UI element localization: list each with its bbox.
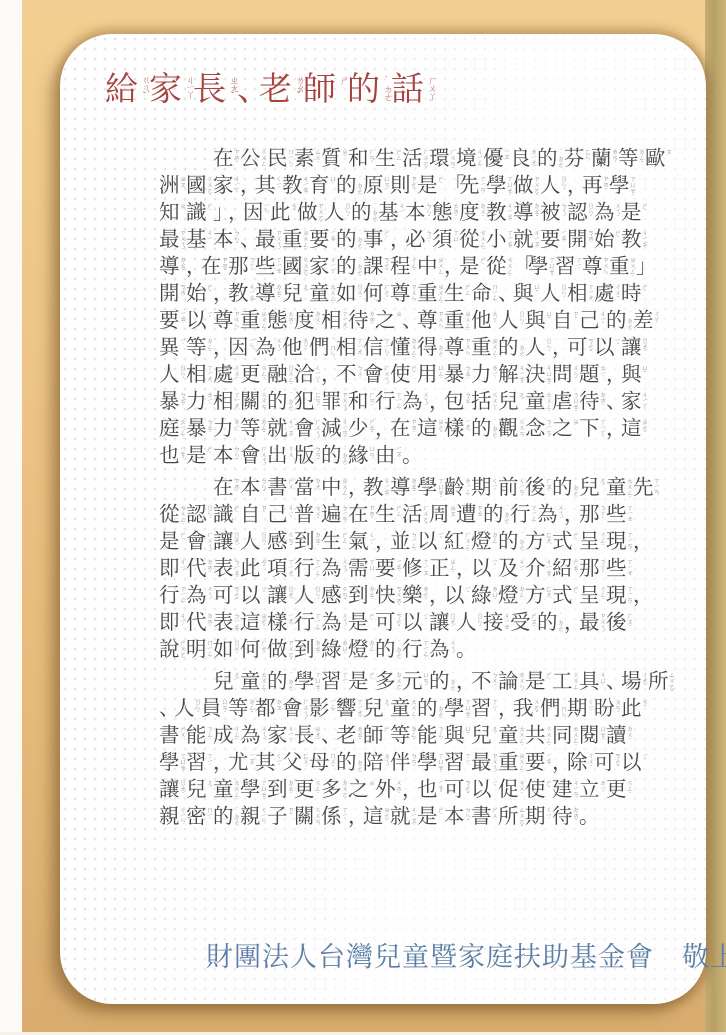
char-with-zhuyin: 介ㄐㄧㄝˋ — [525, 556, 552, 582]
char-with-zhuyin: 少ㄕㄠˇ — [348, 416, 375, 442]
char-with-zhuyin: 以ㄧˇ — [471, 556, 498, 582]
page-title: 給ㄍㄟˇ家ㄐㄧㄚ長ㄓㄤˇ、老ㄌㄠˇ師ㄕ的˙ㄉㄜ話ㄏㄨㄚˋ — [105, 70, 435, 110]
char-with-zhuyin: 讓ㄖㄤˋ — [267, 583, 294, 609]
char-with-zhuyin: 就ㄐㄧㄡˋ — [267, 416, 294, 442]
char-with-zhuyin: 就ㄐㄧㄡˋ — [513, 227, 540, 253]
char-with-zhuyin: 本ㄅㄣˇ — [213, 443, 240, 469]
char-with-zhuyin: 相ㄒㄧㄤ — [186, 362, 213, 388]
char-with-zhuyin: 更ㄍㄥˋ — [294, 777, 321, 803]
char-with-zhuyin: 們˙ㄇㄣ — [309, 335, 336, 361]
char-with-zhuyin: 以ㄧˇ — [594, 335, 621, 361]
char-with-zhuyin: 所ㄙㄨㄛˇ — [498, 804, 525, 831]
char-with-zhuyin: 兒ㄦˊ — [282, 281, 309, 307]
char-with-zhuyin: 行ㄒㄧㄥˊ — [510, 502, 537, 528]
char-with-zhuyin: 促ㄘㄨˋ — [498, 777, 525, 803]
char-with-zhuyin: 念ㄋㄧㄢˋ — [525, 416, 552, 442]
char-with-zhuyin: 必ㄅㄧˋ — [405, 227, 432, 253]
char-with-zhuyin: 生ㄕㄥ — [444, 281, 471, 307]
char-with-zhuyin: 家ㄐㄧㄚ — [267, 723, 294, 749]
char-with-zhuyin: 做ㄗㄨㄛˋ — [513, 173, 540, 200]
char-with-zhuyin: 活ㄏㄨㄛˊ — [402, 502, 429, 529]
char-with-zhuyin: 說ㄕㄨㄛ — [159, 637, 186, 663]
zhuyin-ruby: ㄏㄨㄚˋ — [426, 75, 435, 108]
text-line: 洲ㄓㄡ國ㄍㄨㄛˊ家ㄐㄧㄚ，其ㄑㄧˊ教ㄐㄧㄠˋ育ㄩˋ的˙ㄉㄜ原ㄩㄢˊ則ㄗㄜˊ是ㄕˋ… — [159, 173, 679, 200]
char-with-zhuyin: 也ㄧㄝˇ — [417, 777, 444, 803]
char-with-zhuyin: 待ㄉㄞˋ — [552, 804, 579, 830]
char-with-zhuyin: 學ㄒㄩㄝˊ — [240, 777, 267, 804]
char-with-zhuyin: 所ㄙㄨㄛˇ — [648, 669, 675, 696]
char-with-zhuyin: 是ㄕˋ — [525, 669, 552, 695]
char-with-zhuyin: 為ㄨㄟˊ — [321, 556, 348, 582]
char-with-zhuyin: 普ㄆㄨˇ — [294, 502, 321, 528]
char-with-zhuyin: 以ㄧˇ — [186, 308, 213, 334]
char-with-zhuyin: 可ㄎㄜˇ — [444, 777, 471, 803]
char-with-zhuyin: 些ㄒㄧㄝ — [606, 556, 633, 582]
text-line: 兒ㄦˊ童ㄊㄨㄥˊ的˙ㄉㄜ學ㄒㄩㄝˊ習ㄒㄧˊ是ㄕˋ多ㄉㄨㄛ元ㄩㄢˊ的˙ㄉㄜ，不ㄅㄨ… — [159, 669, 679, 696]
char-with-zhuyin: 家ㄐㄧㄚ — [309, 254, 336, 280]
text-line: 要ㄧㄠˋ以ㄧˇ尊ㄗㄨㄣ重ㄓㄨㄥˋ態ㄊㄞˋ度ㄉㄨˋ相ㄒㄧㄤ待ㄉㄞˋ之ㄓ、尊ㄗㄨㄣ重… — [159, 308, 679, 335]
char-with-zhuyin: 尤ㄧㄡˊ — [228, 750, 255, 776]
text-line: 說ㄕㄨㄛ明ㄇㄧㄥˊ如ㄖㄨˊ何ㄏㄜˊ做ㄗㄨㄛˋ到ㄉㄠˋ綠ㄌㄩˋ燈ㄉㄥ的˙ㄉㄜ行ㄒㄧ… — [159, 637, 679, 664]
char-with-zhuyin: 們˙ㄇㄣ — [540, 696, 567, 722]
char-with-zhuyin: 兒ㄦˊ — [579, 475, 606, 501]
punctuation: 「 — [444, 173, 459, 199]
char-with-zhuyin: 家ㄐㄧㄚ — [149, 70, 193, 110]
char-with-zhuyin: 會ㄏㄨㄟˋ — [186, 529, 213, 556]
char-with-zhuyin: 中ㄓㄨㄥ — [417, 254, 444, 280]
char-with-zhuyin: 識ㄕˋ — [213, 502, 240, 528]
punctuation: 」 — [636, 254, 651, 280]
char-with-zhuyin: 己ㄐㄧˇ — [267, 502, 294, 528]
char-with-zhuyin: 立ㄌㄧˋ — [579, 777, 606, 803]
text-line: 讓ㄖㄤˋ兒ㄦˊ童ㄊㄨㄥˊ學ㄒㄩㄝˊ到ㄉㄠˋ更ㄍㄥˋ多ㄉㄨㄛ之ㄓ外ㄨㄞˋ，也ㄧㄝˇ… — [159, 777, 679, 804]
char-with-zhuyin: 罪ㄗㄨㄟˋ — [321, 389, 348, 416]
char-with-zhuyin: 童ㄊㄨㄥˊ — [213, 777, 240, 804]
char-with-zhuyin: 命ㄇㄧㄥˋ — [471, 281, 498, 307]
punctuation: 、 — [237, 70, 259, 110]
char-with-zhuyin: 之ㄓ — [552, 416, 579, 442]
zhuyin-ruby: ㄔㄚ — [654, 310, 661, 322]
char-with-zhuyin: 要ㄧㄠˋ — [525, 750, 552, 776]
char-with-zhuyin: 兒ㄦˊ — [471, 723, 498, 749]
char-with-zhuyin: 關ㄍㄨㄢ — [240, 389, 267, 415]
char-with-zhuyin: 重ㄓㄨㄥˋ — [417, 281, 444, 308]
scan-edge-right-shade — [705, 0, 726, 1035]
zhuyin-ruby: ㄒㄧㄝ — [627, 558, 634, 575]
char-with-zhuyin: 事ㄕˋ — [363, 227, 390, 253]
char-with-zhuyin: 等ㄉㄥˇ — [390, 723, 417, 749]
text-line: 在ㄗㄞˋ公ㄍㄨㄥ民ㄇㄧㄣˊ素ㄙㄨˋ質ㄓˊ和ㄏㄢˋ生ㄕㄥ活ㄏㄨㄛˊ環ㄏㄨㄢˊ境ㄐㄧ… — [159, 146, 679, 173]
char-with-zhuyin: 工ㄍㄨㄥ — [552, 669, 579, 695]
char-with-zhuyin: 人ㄖㄣˊ — [498, 308, 525, 334]
char-with-zhuyin: 的˙ㄉㄜ — [498, 335, 525, 361]
char-with-zhuyin: 的˙ㄉㄜ — [429, 669, 456, 695]
punctuation: ， — [564, 502, 579, 528]
zhuyin-ruby: ㄐㄧㄚ — [642, 391, 649, 408]
punctuation: ， — [456, 556, 471, 582]
char-with-zhuyin: 為ㄨㄟˊ — [240, 723, 267, 749]
char-with-zhuyin: 態ㄊㄞˋ — [432, 200, 459, 226]
char-with-zhuyin: 生ㄕㄥ — [375, 146, 402, 172]
char-with-zhuyin: 時ㄕˊ — [621, 281, 648, 307]
char-with-zhuyin: 這ㄓㄜˋ — [417, 416, 444, 442]
char-with-zhuyin: 兒ㄦˊ — [213, 669, 240, 695]
char-with-zhuyin: 其ㄑㄧˊ — [255, 173, 282, 199]
char-with-zhuyin: 與ㄩˇ — [444, 723, 471, 749]
char-with-zhuyin: 歐ㄡ — [645, 146, 672, 172]
char-with-zhuyin: 虐ㄋㄩㄝˋ — [552, 389, 579, 416]
char-with-zhuyin: 我ㄨㄛˇ — [513, 696, 540, 722]
punctuation: 、 — [402, 308, 417, 334]
text-line: 在ㄗㄞˋ本ㄅㄣˇ書ㄕㄨ當ㄉㄤ中ㄓㄨㄥ，教ㄐㄧㄠˋ導ㄉㄠˇ學ㄒㄩㄝˊ齡ㄌㄧㄥˊ期ㄑ… — [159, 475, 679, 502]
char-with-zhuyin: 的˙ㄉㄜ — [471, 416, 498, 442]
char-with-zhuyin: 公ㄍㄨㄥ — [240, 146, 267, 172]
char-with-zhuyin: 的˙ㄉㄜ — [267, 669, 294, 695]
char-with-zhuyin: 優ㄧㄡ — [483, 146, 510, 172]
char-with-zhuyin: 長ㄓㄤˇ — [294, 723, 321, 749]
char-with-zhuyin: 他ㄊㄚ — [471, 308, 498, 334]
char-with-zhuyin: 讓ㄖㄤˋ — [621, 335, 648, 361]
char-with-zhuyin: 更ㄍㄥˋ — [240, 362, 267, 388]
char-with-zhuyin: 因ㄧㄣ — [228, 335, 255, 361]
char-with-zhuyin: 其ㄑㄧˊ — [255, 750, 282, 776]
char-with-zhuyin: 能ㄋㄥˊ — [186, 723, 213, 749]
char-with-zhuyin: 員ㄩㄢˊ — [201, 696, 228, 722]
punctuation: ， — [498, 696, 513, 722]
char-with-zhuyin: 人ㄖㄣˊ — [525, 335, 552, 361]
char-with-zhuyin: 處ㄔㄨˇ — [213, 362, 240, 388]
char-with-zhuyin: 何ㄏㄜˊ — [363, 281, 390, 307]
char-with-zhuyin: 家ㄐㄧㄚ — [213, 173, 240, 199]
char-with-zhuyin: 童ㄊㄨㄥˊ — [525, 389, 552, 416]
char-with-zhuyin: 以ㄧˇ — [417, 529, 444, 555]
zhuyin-ruby: ㄐㄧㄠˋ — [642, 229, 649, 253]
punctuation: ， — [552, 335, 567, 361]
text-line: 開ㄎㄞ始ㄕˇ，教ㄐㄧㄠˋ導ㄉㄠˇ兒ㄦˊ童ㄊㄨㄥˊ如ㄖㄨˊ何ㄏㄜˊ尊ㄗㄨㄣ重ㄓㄨㄥ… — [159, 281, 679, 308]
char-with-zhuyin: 下ㄒㄧㄚˋ — [579, 416, 606, 442]
char-with-zhuyin: 活ㄏㄨㄛˊ — [402, 146, 429, 173]
char-with-zhuyin: 燈ㄉㄥ — [348, 637, 375, 663]
punctuation: 。 — [579, 804, 594, 830]
char-with-zhuyin: 式ㄕˋ — [552, 583, 579, 609]
char-with-zhuyin: 開ㄎㄞ — [159, 281, 186, 307]
char-with-zhuyin: 的˙ㄉㄜ — [537, 146, 564, 172]
char-with-zhuyin: 之ㄓ — [348, 777, 375, 803]
char-with-zhuyin: 方ㄈㄤ — [525, 583, 552, 609]
text-line: 暴ㄅㄠˋ力ㄌㄧˋ相ㄒㄧㄤ關ㄍㄨㄢ的˙ㄉㄜ犯ㄈㄢˋ罪ㄗㄨㄟˋ和ㄏㄢˋ行ㄒㄧㄥˊ為ㄨ… — [159, 389, 679, 416]
char-with-zhuyin: 要ㄧㄠˋ — [540, 227, 567, 253]
char-with-zhuyin: 方ㄈㄤ — [525, 529, 552, 555]
char-with-zhuyin: 原ㄩㄢˊ — [363, 173, 390, 199]
char-with-zhuyin: 是ㄕˋ — [348, 610, 375, 636]
text-line: 異ㄧˋ等ㄉㄥˇ，因ㄧㄣ為ㄨㄟˋ他ㄊㄚ們˙ㄇㄣ相ㄒㄧㄤ信ㄒㄧㄣˋ懂ㄉㄨㄥˇ得˙ㄉㄜ… — [159, 335, 679, 362]
char-with-zhuyin: 重ㄓㄨㄥˋ — [609, 254, 636, 281]
punctuation: ， — [348, 804, 363, 830]
char-with-zhuyin: 親ㄑㄧㄣ — [240, 804, 267, 830]
char-with-zhuyin: 即ㄐㄧˊ — [159, 610, 186, 636]
char-with-zhuyin: 度ㄉㄨˋ — [459, 200, 486, 226]
char-with-zhuyin: 行ㄒㄧㄥˊ — [375, 389, 402, 415]
char-with-zhuyin: 綠ㄌㄩˋ — [321, 637, 348, 663]
char-with-zhuyin: 和ㄏㄢˋ — [348, 146, 375, 172]
char-with-zhuyin: 伴ㄅㄢˋ — [390, 750, 417, 776]
char-with-zhuyin: 人ㄖㄣˊ — [174, 696, 201, 722]
text-line: 庭ㄊㄧㄥˊ暴ㄅㄠˋ力ㄌㄧˋ等ㄉㄥˇ就ㄐㄧㄡˋ會ㄏㄨㄟˋ減ㄐㄧㄢˇ少ㄕㄠˇ，在ㄗㄞ… — [159, 416, 679, 443]
char-with-zhuyin: 需ㄒㄩ — [348, 556, 375, 582]
char-with-zhuyin: 童ㄊㄨㄥˊ — [390, 696, 417, 723]
char-with-zhuyin: 最ㄗㄨㄟˋ — [255, 227, 282, 254]
char-with-zhuyin: 呈ㄔㄥˊ — [579, 529, 606, 555]
char-with-zhuyin: 再ㄗㄞˋ — [582, 173, 609, 199]
char-with-zhuyin: 暴ㄅㄠˋ — [159, 389, 186, 415]
char-with-zhuyin: 習ㄒㄧˊ — [555, 254, 582, 280]
char-with-zhuyin: 重ㄓㄨㄥˋ — [444, 308, 471, 335]
char-with-zhuyin: 兒ㄦˊ — [498, 389, 525, 415]
char-with-zhuyin: 的˙ㄉㄜ — [336, 173, 363, 199]
char-with-zhuyin: 質ㄓˊ — [321, 146, 348, 172]
char-with-zhuyin: 芬ㄈㄣ — [564, 146, 591, 172]
char-with-zhuyin: 課ㄎㄜˋ — [363, 254, 390, 280]
char-with-zhuyin: 相ㄒㄧㄤ — [567, 281, 594, 307]
punctuation: ， — [348, 475, 363, 501]
text-line: 從ㄘㄨㄥˊ認ㄖㄣˋ識ㄕˋ自ㄗˋ己ㄐㄧˇ普ㄆㄨˇ遍ㄅㄧㄢˋ在ㄗㄞˋ生ㄕㄥ活ㄏㄨㄛˊ… — [159, 502, 679, 529]
char-with-zhuyin: 用ㄩㄥˋ — [417, 362, 444, 388]
char-with-zhuyin: 決ㄐㄩㄝˊ — [525, 362, 552, 389]
char-with-zhuyin: 問ㄨㄣˋ — [552, 362, 579, 388]
punctuation: ， — [552, 750, 567, 776]
char-with-zhuyin: 為ㄨㄟˊ — [321, 610, 348, 636]
text-line: 也ㄧㄝˇ是ㄕˋ本ㄅㄣˇ會ㄏㄨㄟˋ出ㄔㄨ版ㄅㄢˇ的˙ㄉㄜ緣ㄩㄢˊ由ㄧㄡˊ。 — [159, 443, 679, 470]
char-with-zhuyin: 的˙ㄉㄜ — [336, 254, 363, 280]
char-with-zhuyin: 為ㄨㄟˋ — [255, 335, 282, 361]
char-with-zhuyin: 等ㄉㄥˇ — [228, 696, 255, 722]
char-with-zhuyin: 親ㄑㄧㄣ — [159, 804, 186, 830]
char-with-zhuyin: 本ㄅㄣˇ — [213, 227, 240, 253]
char-with-zhuyin: 以ㄧˇ — [240, 583, 267, 609]
scan-edge-left — [0, 0, 22, 1035]
char-with-zhuyin: 國ㄍㄨㄛˊ — [186, 173, 213, 200]
char-with-zhuyin: 為ㄨㄟˊ — [186, 583, 213, 609]
char-with-zhuyin: 的˙ㄉㄜ — [336, 750, 363, 776]
char-with-zhuyin: 呈ㄔㄥˊ — [579, 583, 606, 609]
char-with-zhuyin: 習ㄒㄧˊ — [321, 669, 348, 695]
char-with-zhuyin: 育ㄩˋ — [309, 173, 336, 199]
char-with-zhuyin: 式ㄕˋ — [552, 529, 579, 555]
char-with-zhuyin: 緣ㄩㄢˊ — [348, 443, 375, 469]
zhuyin-ruby: ㄓㄤˇ — [228, 75, 237, 100]
char-with-zhuyin: 從ㄘㄨㄥˊ — [159, 502, 186, 529]
char-with-zhuyin: 期ㄑㄧˊ — [525, 804, 552, 830]
zhuyin-ruby: ㄕˊ — [642, 283, 649, 296]
text-line: 知ㄓ識ㄕˋ」，因ㄧㄣ此ㄘˇ做ㄗㄨㄛˋ人ㄖㄣˊ的˙ㄉㄜ基ㄐㄧ本ㄅㄣˇ態ㄊㄞˋ度ㄉㄨ… — [159, 200, 679, 227]
char-with-zhuyin: 解ㄐㄧㄝˇ — [498, 362, 525, 388]
char-with-zhuyin: 犯ㄈㄢˋ — [294, 389, 321, 415]
char-with-zhuyin: 遭ㄗㄠ — [456, 502, 483, 528]
char-with-zhuyin: 能ㄋㄥˊ — [417, 723, 444, 749]
char-with-zhuyin: 行ㄒㄧㄥˊ — [402, 637, 429, 663]
char-with-zhuyin: 受ㄕㄡˋ — [510, 610, 537, 636]
text-line: 人ㄖㄣˊ相ㄒㄧㄤ處ㄔㄨˇ更ㄍㄥˋ融ㄖㄨㄥˊ洽ㄑㄧㄚˋ，不ㄅㄨˊ會ㄏㄨㄟˋ使ㄕˇ用… — [159, 362, 679, 389]
char-with-zhuyin: 的˙ㄉㄜ — [417, 696, 444, 722]
char-with-zhuyin: 包ㄅㄠ — [444, 389, 471, 415]
punctuation: ， — [375, 529, 390, 555]
char-with-zhuyin: 導ㄉㄠˇ — [513, 200, 540, 226]
punctuation: ， — [606, 416, 621, 442]
char-with-zhuyin: 使ㄕˇ — [525, 777, 552, 803]
char-with-zhuyin: 良ㄌㄧㄤˊ — [510, 146, 537, 172]
punctuation: 、 — [240, 227, 255, 253]
zhuyin-ruby: ㄙㄨㄛˇ — [669, 671, 676, 696]
char-with-zhuyin: 讓ㄖㄤˋ — [429, 610, 456, 636]
punctuation: ， — [633, 529, 648, 555]
char-with-zhuyin: 處ㄔㄨˇ — [594, 281, 621, 307]
char-with-zhuyin: 最ㄗㄨㄟˋ — [579, 610, 606, 637]
char-with-zhuyin: 共ㄍㄨㄥˋ — [525, 723, 552, 750]
char-with-zhuyin: 的˙ㄉㄜ — [321, 443, 348, 469]
punctuation: ， — [633, 583, 648, 609]
char-with-zhuyin: 現ㄒㄧㄢˋ — [606, 583, 633, 609]
punctuation: ， — [456, 669, 471, 695]
text-line: 最ㄗㄨㄟˋ基ㄐㄧ本ㄅㄣˇ、最ㄗㄨㄟˋ重ㄓㄨㄥˋ要ㄧㄠˋ的˙ㄉㄜ事ㄕˋ，必ㄅㄧˋ須… — [159, 227, 679, 254]
text-line: 即ㄐㄧˊ代ㄉㄞˋ表ㄅㄧㄠˇ此ㄘˇ項ㄒㄧㄤˋ行ㄒㄧㄥˊ為ㄨㄟˊ需ㄒㄩ要ㄧㄠˋ修ㄒㄧ… — [159, 556, 679, 583]
char-with-zhuyin: 他ㄊㄚ — [282, 335, 309, 361]
char-with-zhuyin: 基ㄐㄧ — [378, 200, 405, 226]
char-with-zhuyin: 讓ㄖㄤˋ — [213, 529, 240, 555]
char-with-zhuyin: 為ㄨㄟˊ — [537, 502, 564, 528]
text-line: 行ㄒㄧㄥˊ為ㄨㄟˊ可ㄎㄜˇ以ㄧˇ讓ㄖㄤˋ人ㄖㄣˊ感ㄍㄢˇ到ㄉㄠˋ快ㄎㄨㄞˋ樂ㄌㄜ… — [159, 583, 679, 610]
char-with-zhuyin: 老ㄌㄠˇ — [259, 70, 303, 110]
char-with-zhuyin: 是ㄕˋ — [348, 669, 375, 695]
char-with-zhuyin: 多ㄉㄨㄛ — [375, 669, 402, 695]
char-with-zhuyin: 為ㄨㄟˊ — [429, 637, 456, 663]
punctuation: ， — [444, 254, 459, 280]
char-with-zhuyin: 學ㄒㄩㄝˊ — [486, 173, 513, 200]
zhuyin-ruby: ㄍㄥˋ — [627, 779, 634, 798]
char-with-zhuyin: 小ㄒㄧㄠˇ — [486, 227, 513, 253]
char-with-zhuyin: 書ㄕㄨ — [471, 804, 498, 830]
char-with-zhuyin: 環ㄏㄨㄢˊ — [429, 146, 456, 173]
char-with-zhuyin: 是ㄕˋ — [459, 254, 486, 280]
char-with-zhuyin: 重ㄓㄨㄥˋ — [240, 308, 267, 335]
char-with-zhuyin: 自ㄗˋ — [552, 308, 579, 334]
char-with-zhuyin: 懂ㄉㄨㄥˇ — [390, 335, 417, 362]
char-with-zhuyin: 洲ㄓㄡ — [159, 173, 186, 199]
char-with-zhuyin: 本ㄅㄣˇ — [240, 475, 267, 501]
paragraph-1: 在ㄗㄞˋ公ㄍㄨㄥ民ㄇㄧㄣˊ素ㄙㄨˋ質ㄓˊ和ㄏㄢˋ生ㄕㄥ活ㄏㄨㄛˊ環ㄏㄨㄢˊ境ㄐㄧ… — [159, 146, 679, 470]
char-with-zhuyin: 些ㄒㄧㄝ — [255, 254, 282, 280]
char-with-zhuyin: 民ㄇㄧㄣˊ — [267, 146, 294, 172]
char-with-zhuyin: 和ㄏㄢˋ — [348, 389, 375, 415]
char-with-zhuyin: 快ㄎㄨㄞˋ — [375, 583, 402, 610]
char-with-zhuyin: 中ㄓㄨㄥ — [321, 475, 348, 501]
zhuyin-ruby: ㄕˋ — [642, 202, 649, 215]
char-with-zhuyin: 這ㄓㄜˋ — [240, 610, 267, 636]
char-with-zhuyin: 學ㄒㄩㄝˊ — [528, 254, 555, 281]
char-with-zhuyin: 都ㄉㄡ — [255, 696, 282, 722]
char-with-zhuyin: 融ㄖㄨㄥˊ — [267, 362, 294, 389]
char-with-zhuyin: 代ㄉㄞˋ — [186, 556, 213, 582]
char-with-zhuyin: 陪ㄆㄟˊ — [363, 750, 390, 776]
char-with-zhuyin: 的˙ㄉㄜ — [213, 804, 240, 830]
char-with-zhuyin: 要ㄧㄠˋ — [309, 227, 336, 253]
char-with-zhuyin: 暴ㄅㄠˋ — [444, 362, 471, 388]
char-with-zhuyin: 力ㄌㄧˋ — [213, 416, 240, 442]
char-with-zhuyin: 須ㄒㄩ — [432, 227, 459, 253]
char-with-zhuyin: 出ㄔㄨ — [267, 443, 294, 469]
zhuyin-ruby: ㄘˇ — [642, 698, 649, 711]
char-with-zhuyin: 人ㄖㄣˊ — [540, 281, 567, 307]
char-with-zhuyin: 師ㄕ — [363, 723, 390, 749]
char-with-zhuyin: 這ㄓㄜˋ — [363, 804, 390, 830]
char-with-zhuyin: 不ㄅㄨˊ — [336, 362, 363, 388]
char-with-zhuyin: 此ㄘˇ — [240, 556, 267, 582]
char-with-zhuyin: 尊ㄗㄨㄣ — [444, 335, 471, 361]
char-with-zhuyin: 習ㄒㄧˊ — [471, 696, 498, 722]
char-with-zhuyin: 會ㄏㄨㄟˋ — [240, 443, 267, 470]
char-with-zhuyin: 度ㄉㄨˋ — [294, 308, 321, 334]
char-with-zhuyin: 生ㄕㄥ — [375, 502, 402, 528]
char-with-zhuyin: 先ㄒㄧㄢ — [459, 173, 486, 199]
punctuation: ， — [390, 227, 405, 253]
char-with-zhuyin: 母ㄇㄨˇ — [309, 750, 336, 776]
char-with-zhuyin: 與ㄩˇ — [525, 308, 552, 334]
char-with-zhuyin: 的˙ㄉㄜ — [375, 637, 402, 663]
char-with-zhuyin: 閱ㄩㄝˋ — [579, 723, 606, 749]
char-with-zhuyin: 庭ㄊㄧㄥˊ — [159, 416, 186, 442]
punctuation: 、 — [498, 281, 513, 307]
char-with-zhuyin: 由ㄧㄡˊ — [375, 443, 402, 469]
char-with-zhuyin: 的˙ㄉㄜ — [552, 475, 579, 501]
char-with-zhuyin: 己ㄐㄧˇ — [579, 308, 606, 334]
char-with-zhuyin: 人ㄖㄣˊ — [294, 583, 321, 609]
punctuation: 、 — [606, 389, 621, 415]
char-with-zhuyin: 也ㄧㄝˇ — [159, 443, 186, 469]
zhuyin-ruby: ㄍㄟˇ — [140, 75, 149, 100]
char-with-zhuyin: 從ㄘㄨㄥˊ — [459, 227, 486, 254]
zhuyin-ruby: ㄓㄜˋ — [642, 418, 649, 437]
char-with-zhuyin: 此ㄘˇ — [270, 200, 297, 226]
char-with-zhuyin: 童ㄊㄨㄥˊ — [498, 723, 525, 750]
char-with-zhuyin: 人ㄖㄣˊ — [240, 529, 267, 555]
char-with-zhuyin: 洽ㄑㄧㄚˋ — [294, 362, 321, 388]
char-with-zhuyin: 同ㄊㄨㄥˊ — [552, 723, 579, 750]
zhuyin-ruby: ˙ㄉㄜ — [382, 75, 391, 100]
punctuation: 、 — [606, 669, 621, 695]
char-with-zhuyin: 的˙ㄉㄜ — [351, 200, 378, 226]
char-with-zhuyin: 感ㄍㄢˇ — [321, 583, 348, 609]
char-with-zhuyin: 以ㄧˇ — [402, 610, 429, 636]
char-with-zhuyin: 到ㄉㄠˋ — [294, 637, 321, 663]
char-with-zhuyin: 行ㄒㄧㄥˊ — [294, 556, 321, 582]
char-with-zhuyin: 童ㄊㄨㄥˊ — [309, 281, 336, 308]
char-with-zhuyin: 那ㄋㄚˋ — [228, 254, 255, 280]
char-with-zhuyin: 與ㄩˇ — [513, 281, 540, 307]
char-with-zhuyin: 是ㄕˋ — [186, 443, 213, 469]
char-with-zhuyin: 始ㄕˇ — [594, 227, 621, 253]
char-with-zhuyin: 何ㄏㄜˊ — [240, 637, 267, 663]
char-with-zhuyin: 齡ㄌㄧㄥˊ — [444, 475, 471, 501]
char-with-zhuyin: 書ㄕㄨ — [159, 723, 186, 749]
char-with-zhuyin: 長ㄓㄤˇ — [193, 70, 237, 110]
char-with-zhuyin: 素ㄙㄨˋ — [294, 146, 321, 172]
char-with-zhuyin: 人ㄖㄣˊ — [540, 173, 567, 199]
punctuation: 。 — [456, 637, 471, 663]
signature: 財團法人台灣兒童暨家庭扶助基金會 敬上 — [206, 935, 726, 974]
char-with-zhuyin: 感ㄍㄢˇ — [267, 529, 294, 555]
char-with-zhuyin: 可ㄎㄜˇ — [213, 583, 240, 609]
char-with-zhuyin: 學ㄒㄩㄝˊ — [417, 475, 444, 502]
char-with-zhuyin: 人ㄖㄣˊ — [159, 362, 186, 388]
